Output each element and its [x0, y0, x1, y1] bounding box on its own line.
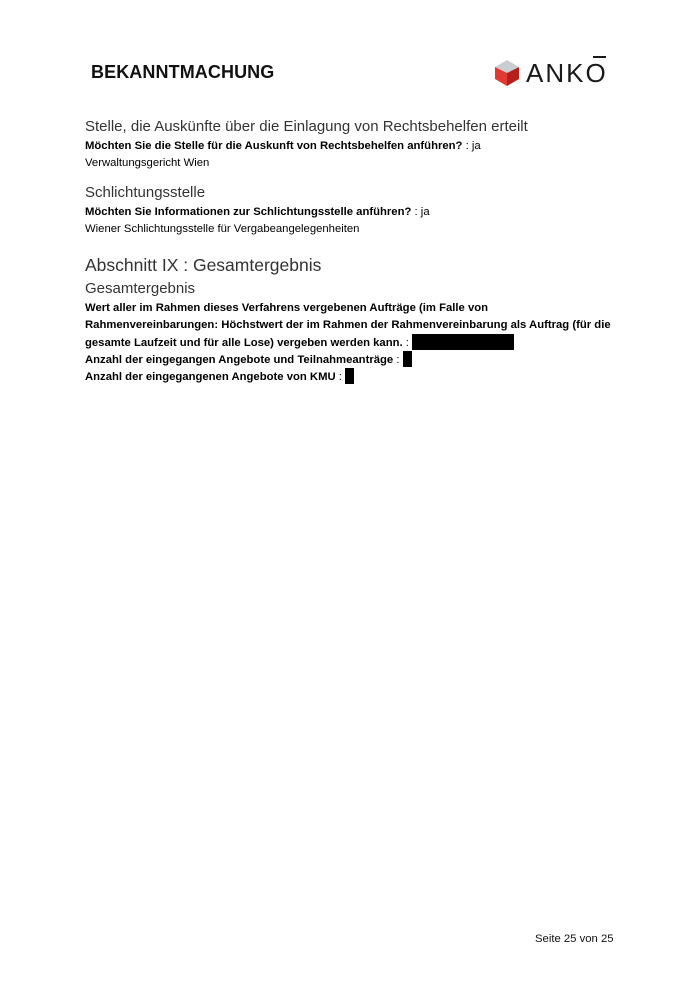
- question-schlichtungsstelle: Möchten Sie Informationen zur Schlichtun…: [85, 204, 430, 222]
- question-label: Möchten Sie Informationen zur Schlichtun…: [85, 206, 411, 218]
- field-gesamtwert-line-2: Rahmenvereinbarungen: Höchstwert der im …: [85, 317, 611, 335]
- field-anzahl-kmu: Anzahl der eingegangenen Angebote von KM…: [85, 368, 354, 387]
- redacted-value-anzahl-angebote: [403, 351, 412, 367]
- question-answer: : ja: [415, 206, 430, 218]
- value-rechtsbehelfe: Verwaltungsgericht Wien: [85, 155, 209, 173]
- redacted-value-anzahl-kmu: [345, 368, 354, 384]
- document-title: BEKANNTMACHUNG: [91, 62, 274, 83]
- logo-wordmark: ANKO: [526, 58, 608, 89]
- redacted-value-gesamtwert: [412, 334, 514, 350]
- field-anzahl-angebote: Anzahl der eingegangen Angebote und Teil…: [85, 351, 412, 370]
- anko-logo: ANKO: [494, 58, 608, 88]
- field-gesamtwert-line-3: gesamte Laufzeit und für alle Lose) verg…: [85, 334, 514, 353]
- section-heading-schlichtungsstelle: Schlichtungsstelle: [85, 184, 205, 201]
- abschnitt-title: Abschnitt IX : Gesamtergebnis: [85, 255, 321, 276]
- question-answer: : ja: [466, 140, 481, 152]
- field-gesamtwert-line-1: Wert aller im Rahmen dieses Verfahrens v…: [85, 300, 488, 318]
- section-heading-rechtsbehelfe: Stelle, die Auskünfte über die Einlagung…: [85, 118, 528, 135]
- value-schlichtungsstelle: Wiener Schlichtungsstelle für Vergabeang…: [85, 221, 359, 239]
- page-number: Seite 25 von 25: [535, 933, 614, 945]
- abschnitt-subheading: Gesamtergebnis: [85, 280, 195, 297]
- question-rechtsbehelfe: Möchten Sie die Stelle für die Auskunft …: [85, 138, 481, 156]
- cube-logo-icon: [494, 59, 520, 87]
- logo-macron: [593, 56, 606, 58]
- question-label: Möchten Sie die Stelle für die Auskunft …: [85, 140, 462, 152]
- document-page: BEKANNTMACHUNG ANKO Stelle, die Auskünft…: [0, 0, 700, 990]
